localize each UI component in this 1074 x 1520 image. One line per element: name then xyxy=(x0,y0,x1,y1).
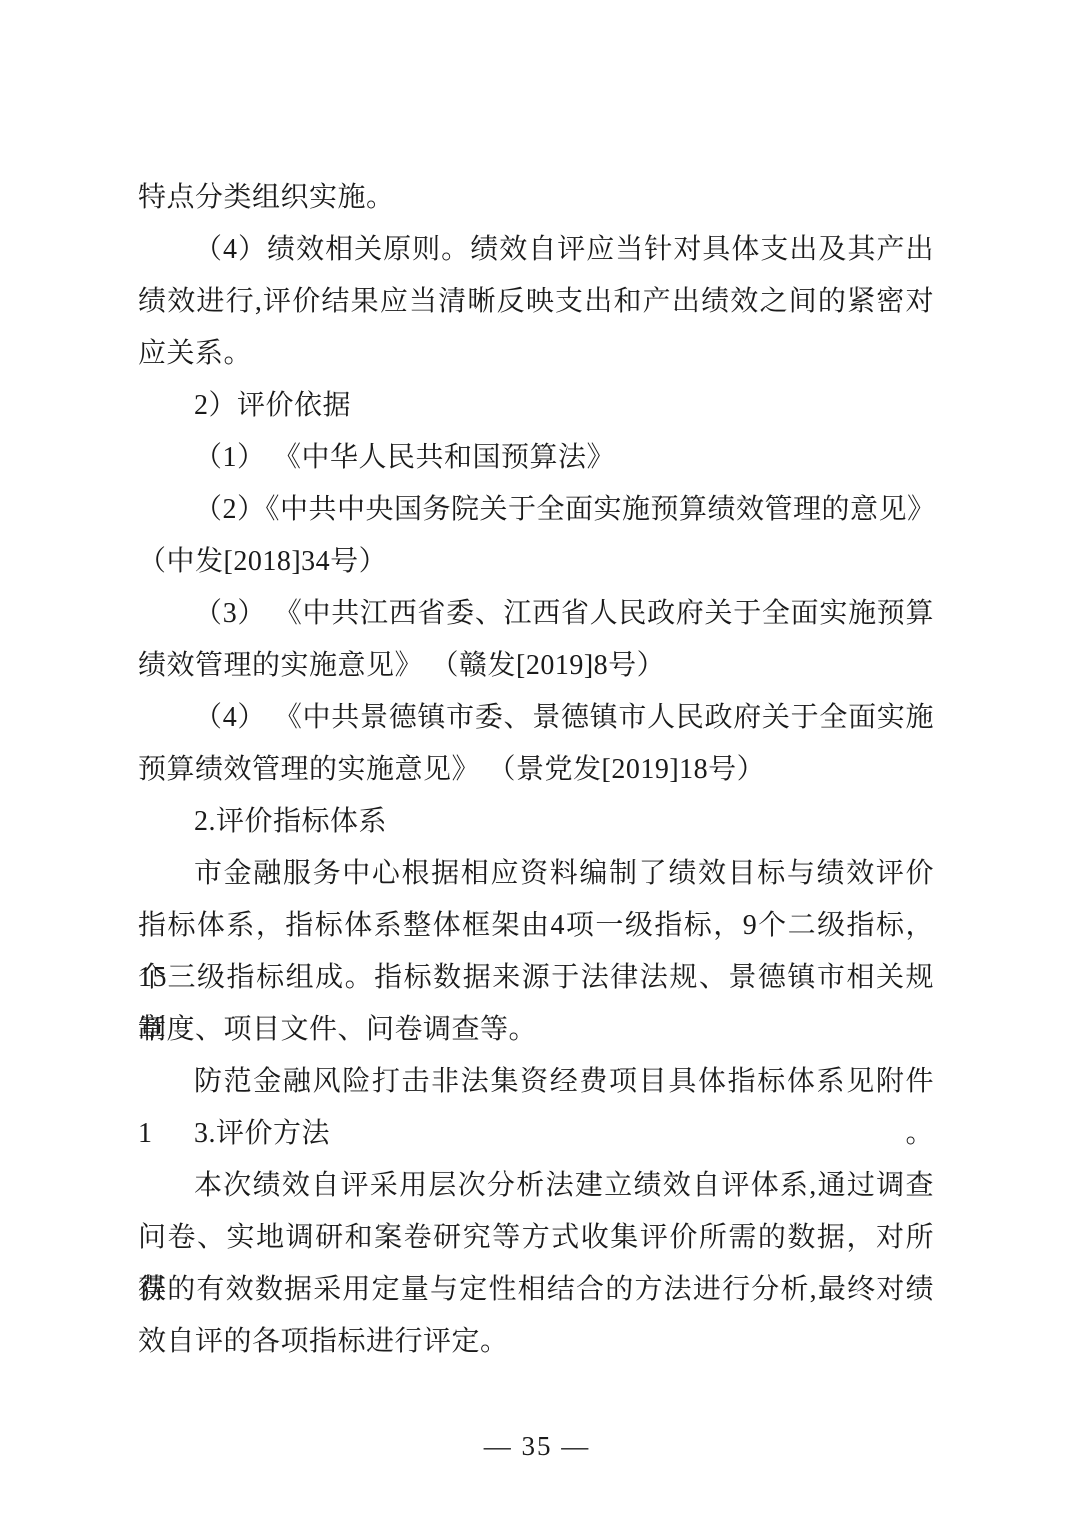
para-line: （3） 《中共江西省委、江西省人民政府关于全面实施预算 xyxy=(138,588,934,640)
para-line: （2）《中共中央国务院关于全面实施预算绩效管理的意见》 xyxy=(138,484,934,536)
document-body: 特点分类组织实施。 （4）绩效相关原则。绩效自评应当针对具体支出及其产出 绩效进… xyxy=(138,172,934,1368)
para-line: 防范金融风险打击非法集资经费项目具体指标体系见附件1。 xyxy=(138,1056,934,1108)
para-line: 预算绩效管理的实施意见》 （景党发[2019]18号） xyxy=(138,744,934,796)
para-line: 效自评的各项指标进行评定。 xyxy=(138,1316,934,1368)
para-line: （中发[2018]34号） xyxy=(138,536,934,588)
para-line: （1） 《中华人民共和国预算法》 xyxy=(138,432,934,484)
section-heading: 2）评价依据 xyxy=(138,380,934,432)
document-page: { "page": { "background": "#ffffff", "te… xyxy=(0,0,1074,1520)
para-line: 得的有效数据采用定量与定性相结合的方法进行分析,最终对绩 xyxy=(138,1264,934,1316)
para-line: 绩效管理的实施意见》 （赣发[2019]8号） xyxy=(138,640,934,692)
para-line: （4）绩效相关原则。绩效自评应当针对具体支出及其产出 xyxy=(138,224,934,276)
page-number: — 35 — xyxy=(0,1428,1074,1464)
para-line: 个三级指标组成。指标数据来源于法律法规、景德镇市相关规章 xyxy=(138,952,934,1004)
para-line: 问卷、实地调研和案卷研究等方式收集评价所需的数据，对所获 xyxy=(138,1212,934,1264)
section-heading: 2.评价指标体系 xyxy=(138,796,934,848)
para-line: 制度、项目文件、问卷调查等。 xyxy=(138,1004,934,1056)
para-line: 市金融服务中心根据相应资料编制了绩效目标与绩效评价 xyxy=(138,848,934,900)
para-line: 特点分类组织实施。 xyxy=(138,172,934,224)
para-line: 应关系。 xyxy=(138,328,934,380)
para-line: 本次绩效自评采用层次分析法建立绩效自评体系,通过调查 xyxy=(138,1160,934,1212)
para-line: 绩效进行,评价结果应当清晰反映支出和产出绩效之间的紧密对 xyxy=(138,276,934,328)
para-line: 指标体系，指标体系整体框架由4项一级指标，9个二级指标，15 xyxy=(138,900,934,952)
para-line: （4） 《中共景德镇市委、景德镇市人民政府关于全面实施 xyxy=(138,692,934,744)
